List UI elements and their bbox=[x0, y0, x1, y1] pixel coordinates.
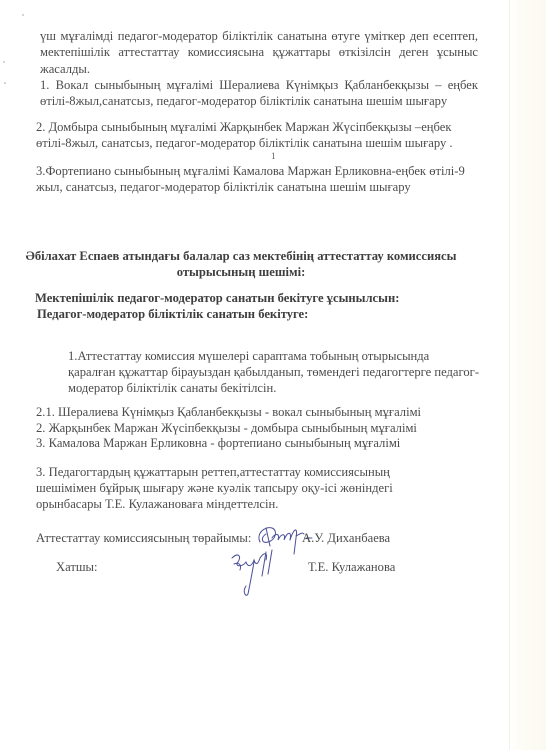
appointee-item: 2.1. Шералиева Күнімқыз Қабланбекқызы - … bbox=[36, 405, 421, 420]
proposal-3-line1: 3.Фортепиано сыныбының мұғалімі Камалова… bbox=[36, 164, 465, 179]
decision-point1-line: қаралған құжаттар бірауыздан қабылданып,… bbox=[68, 365, 479, 380]
scan-speck bbox=[22, 14, 24, 16]
scanned-document-page: үш мұғалімді педагог-модератор біліктілі… bbox=[0, 0, 546, 750]
proposal-1-line2: өтілі-8жыл,санатсыз, педагог-модератор б… bbox=[40, 94, 447, 109]
decision-subtitle-1: Мектепішілік педагог-модератор санатын б… bbox=[35, 291, 399, 306]
appointee-item: 3. Камалова Маржан Ерликовна - фортепиан… bbox=[36, 436, 400, 451]
intro-line: жасалды. bbox=[40, 62, 90, 77]
decision-point1-line: модератор біліктілік санаты бекітілсін. bbox=[68, 381, 276, 396]
page-mark: 1 bbox=[271, 151, 276, 161]
chair-label: Аттестаттау комиссиясының төрайымы: bbox=[36, 531, 251, 546]
proposal-2-line2: өтілі-8жыл, санатсыз, педагог-модератор … bbox=[36, 136, 453, 151]
proposal-1-line1: 1. Вокал сыныбының мұғалімі Шералиева Кү… bbox=[40, 78, 478, 93]
decision-subtitle-2: Педагог-модератор біліктілік санатын бек… bbox=[37, 307, 308, 322]
chair-name: А.У. Диханбаева bbox=[302, 531, 390, 546]
decision-point3-line: 3. Педагогтардың құжаттарын реттеп,аттес… bbox=[36, 465, 390, 480]
intro-line: үш мұғалімді педагог-модератор біліктілі… bbox=[40, 29, 478, 44]
decision-title-line2: отырысының шешімі: bbox=[0, 265, 482, 280]
appointee-item: 2. Жарқынбек Маржан Жүсіпбекқызы - домбы… bbox=[36, 421, 417, 436]
intro-line: мектепішілік аттестаттау комиссиясына құ… bbox=[40, 45, 478, 60]
secretary-name: Т.Е. Кулажанова bbox=[308, 560, 395, 575]
decision-point3-line: орынбасары Т.Е. Кулажановаға міндеттелсі… bbox=[36, 497, 278, 512]
decision-title-line1: Әбілахат Еспаев атындағы балалар саз мек… bbox=[0, 249, 482, 264]
secretary-signature-icon bbox=[228, 548, 278, 598]
proposal-3-line2: жыл, санатсыз, педагог-модератор білікті… bbox=[36, 180, 411, 195]
proposal-2-line1: 2. Домбыра сыныбының мұғалімі Жарқынбек … bbox=[36, 120, 452, 135]
secretary-label: Хатшы: bbox=[56, 560, 98, 575]
decision-point3-line: шешімімен бұйрық шығару және куәлік тапс… bbox=[36, 481, 393, 496]
scan-speck bbox=[4, 82, 6, 84]
decision-point1-line: 1.Аттестаттау комиссия мүшелері сараптам… bbox=[68, 349, 429, 364]
scan-speck bbox=[3, 61, 5, 63]
